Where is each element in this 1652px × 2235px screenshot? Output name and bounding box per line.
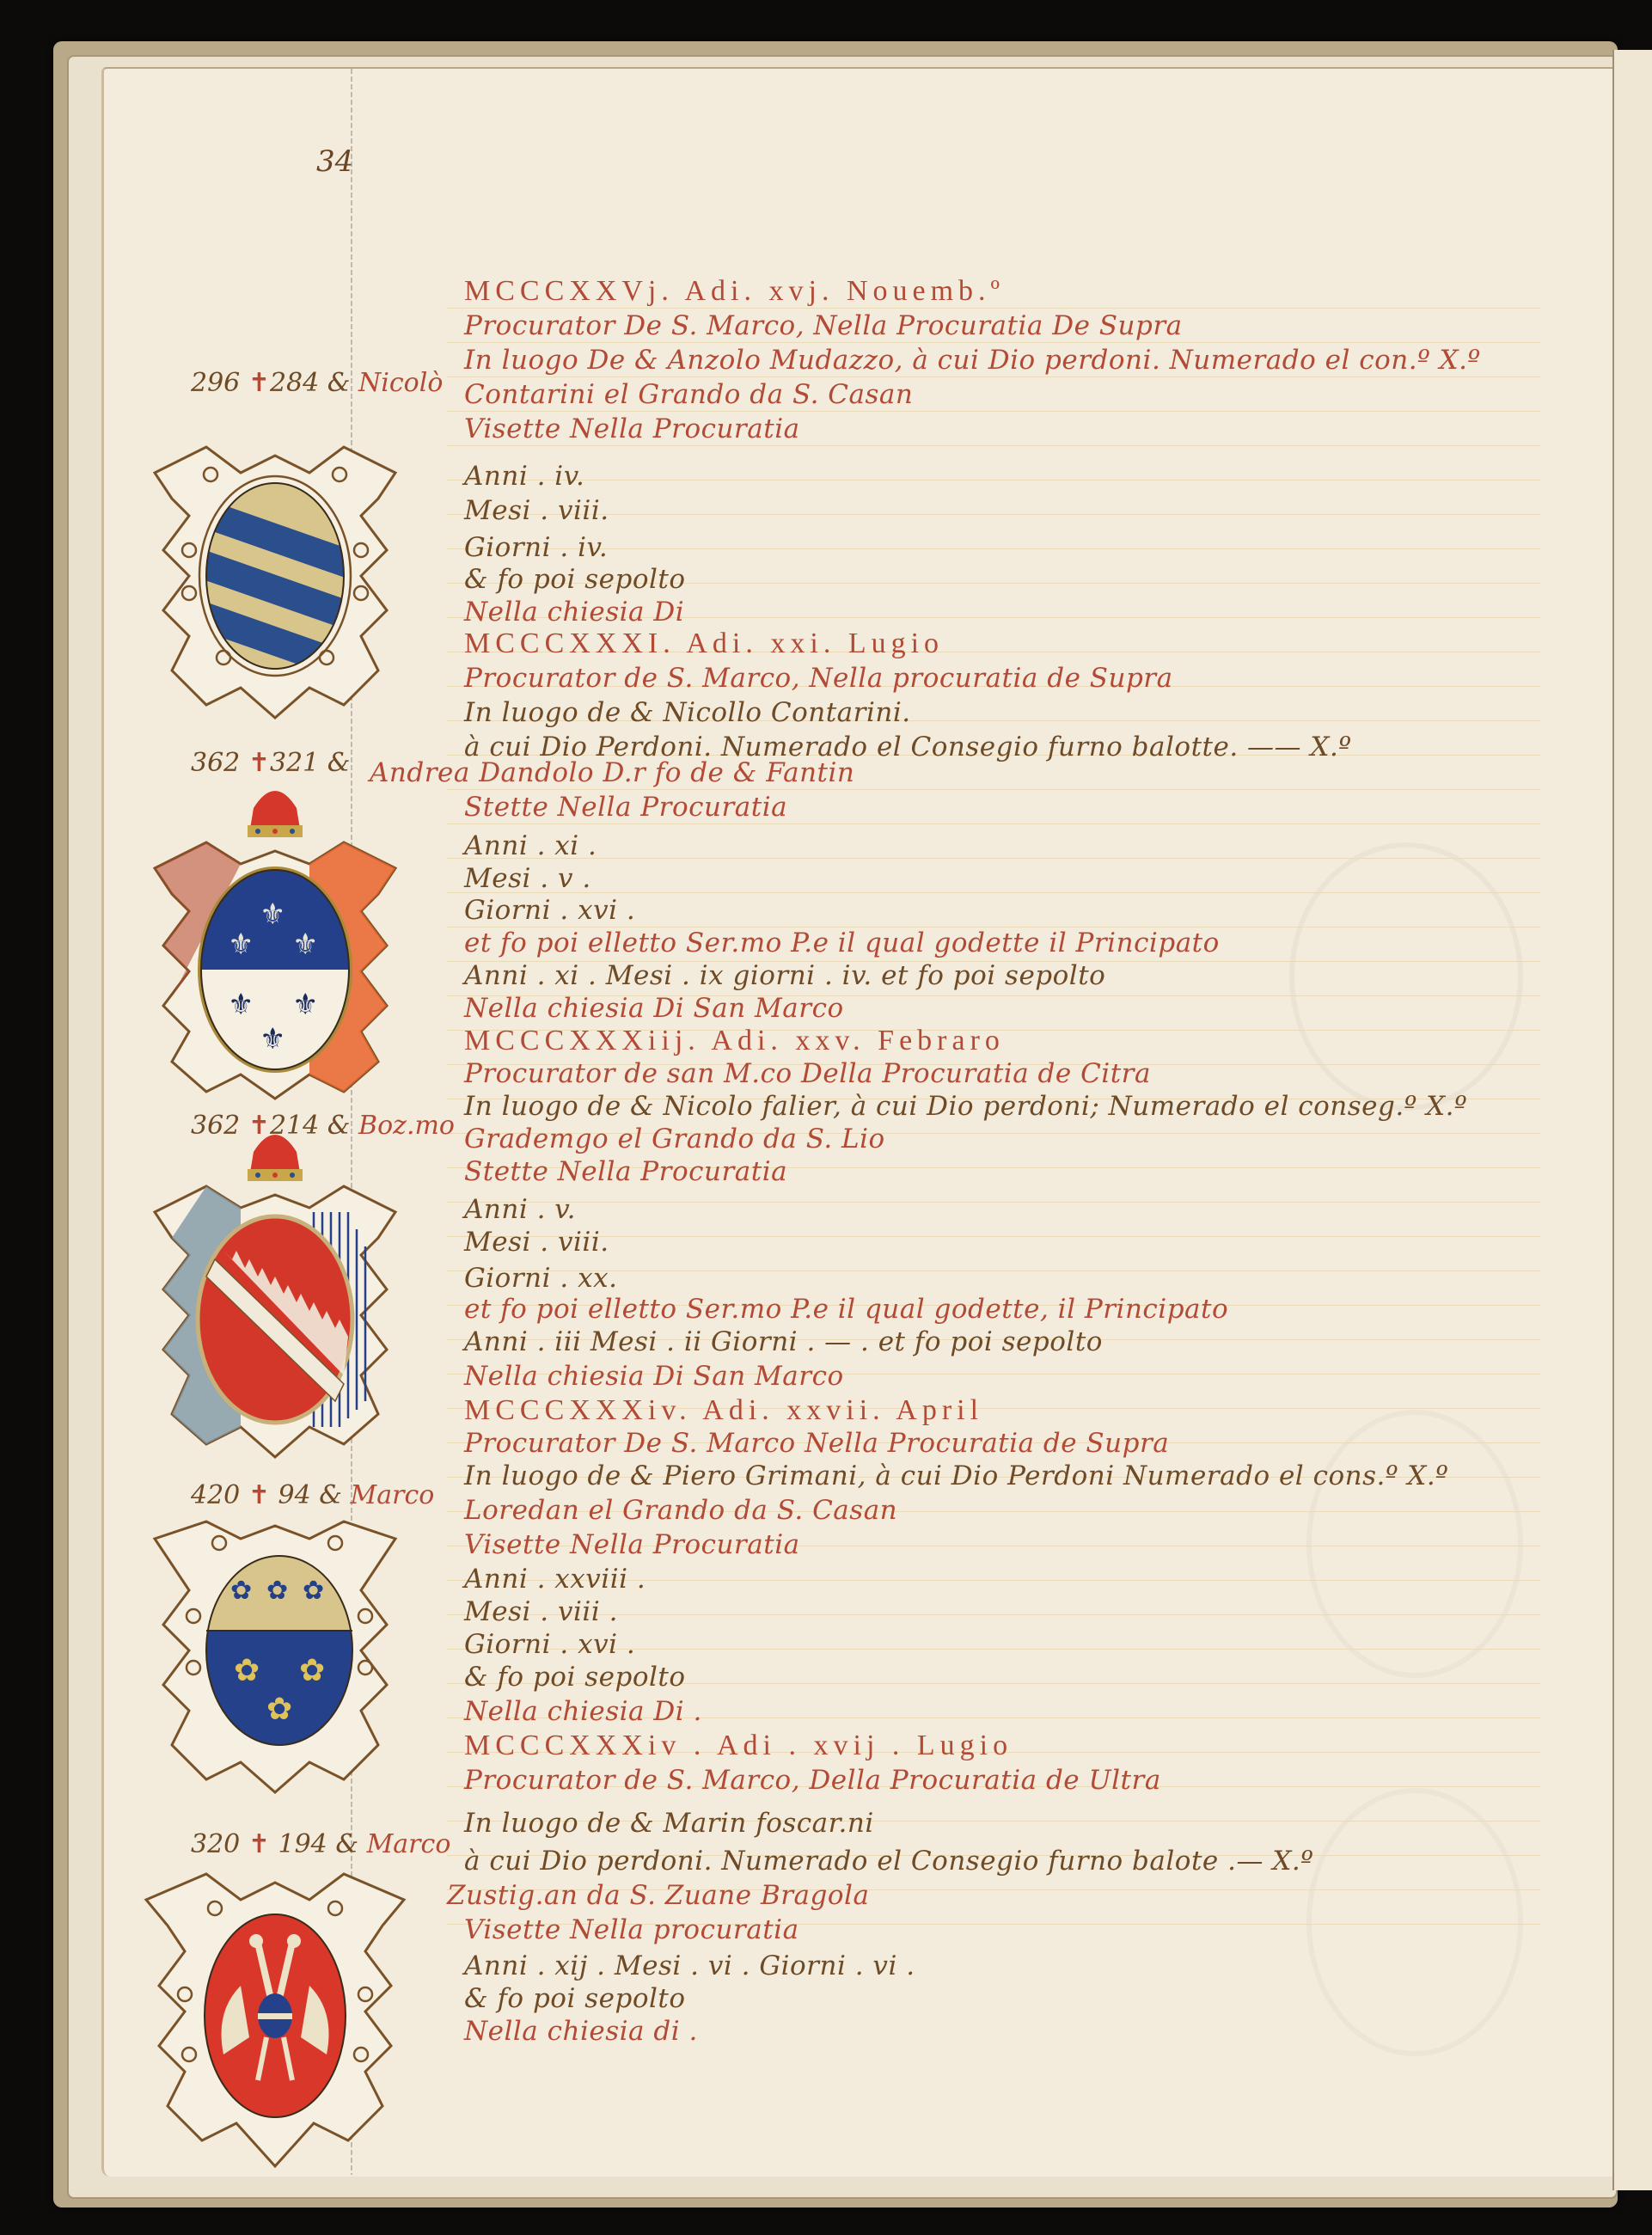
- text-line: Giorni . xvi .: [464, 894, 635, 927]
- entry-date-line: MCCCXXXiv. Adi. xxvii. April: [464, 1394, 983, 1427]
- svg-text:⚜: ⚜: [228, 928, 254, 962]
- text-line: Procurator de S. Marco, Nella procuratia…: [464, 662, 1173, 695]
- bleed-through-shield: [1306, 1410, 1523, 1678]
- svg-text:⚜: ⚜: [228, 988, 254, 1022]
- text-line: Nella chiesia Di San Marco: [464, 1360, 844, 1393]
- text-line: Nella chiesia Di: [464, 596, 684, 628]
- text-line: Anni . xi .: [464, 830, 597, 862]
- coat-of-arms-giustinian: [129, 1848, 421, 2175]
- margin-number: 94: [278, 1480, 311, 1510]
- given-name: Nicolò: [358, 368, 443, 398]
- facing-page-edge: [1612, 50, 1652, 2190]
- text-line: Contarini el Grando da S. Casan: [464, 378, 913, 411]
- entry-date-line: MCCCXXVj. Adi. xvj. Nouemb.º: [464, 275, 1005, 308]
- cross-icon: ✝: [248, 368, 270, 398]
- text-line: Visette Nella Procuratia: [464, 413, 800, 445]
- text-line: Giorni . xvi .: [464, 1628, 635, 1661]
- svg-text:✿: ✿: [266, 1576, 288, 1606]
- text-line: Giorni . iv.: [464, 531, 608, 564]
- text-line: et fo poi elletto Ser.mo P.e il qual god…: [464, 1293, 1228, 1326]
- text-line: In luogo de & Nicollo Contarini.: [464, 696, 911, 729]
- margin-label: 296 ✝284 & Nicolò: [191, 368, 443, 398]
- text-line: Mesi . viii .: [464, 1595, 618, 1628]
- svg-text:✿: ✿: [303, 1576, 324, 1606]
- svg-text:⚜: ⚜: [260, 897, 285, 932]
- entry-date-line: MCCCXXXiij. Adi. xxv. Febraro: [464, 1025, 1005, 1057]
- text-line: Visette Nella procuratia: [464, 1914, 799, 1946]
- text-line: In luogo De & Anzolo Mudazzo, à cui Dio …: [464, 344, 1481, 377]
- text-line: Zustig.an da S. Zuane Bragola: [447, 1879, 869, 1912]
- text-line: Mesi . viii.: [464, 1226, 609, 1258]
- text-line: Grademgo el Grando da S. Lio: [464, 1123, 885, 1155]
- margin-number: 296: [191, 368, 240, 398]
- svg-text:⚜: ⚜: [292, 928, 318, 962]
- text-line: Nella chiesia di .: [464, 2015, 698, 2048]
- margin-number: 420: [191, 1480, 240, 1510]
- entry-date-line: MCCCXXXiv . Adi . xvij . Lugio: [464, 1730, 1013, 1762]
- text-line: Mesi . viii.: [464, 494, 609, 527]
- text-line: Visette Nella Procuratia: [464, 1528, 800, 1561]
- text-line: Stette Nella Procuratia: [464, 791, 787, 824]
- coat-of-arms-contarini: [129, 421, 421, 739]
- entry-date-line: MCCCXXXI. Adi. xxi. Lugio: [464, 628, 944, 660]
- bleed-through-shield: [1289, 842, 1523, 1111]
- coat-of-arms-gradenigo: [129, 1117, 421, 1461]
- text-line: Loredan el Grando da S. Casan: [464, 1494, 897, 1527]
- text-line: Procurator de S. Marco, Della Procuratia…: [464, 1764, 1161, 1797]
- text-line: Procurator De S. Marco, Nella Procuratia…: [464, 309, 1183, 342]
- margin-sign: &: [319, 1480, 342, 1510]
- text-line: Mesi . v .: [464, 862, 591, 895]
- folio-number: 34: [316, 144, 353, 179]
- coat-of-arms-loredan: ✿ ✿ ✿ ✿ ✿ ✿: [129, 1513, 421, 1797]
- text-line: Anni . v.: [464, 1193, 576, 1226]
- text-line: Nella chiesia Di .: [464, 1695, 702, 1728]
- text-line: Giorni . xx.: [464, 1262, 617, 1295]
- svg-text:✿: ✿: [234, 1653, 260, 1688]
- text-line: Andrea Dandolo D.r fo de & Fantin: [370, 756, 854, 789]
- coat-of-arms-dandolo: ⚜ ⚜ ⚜ ⚜ ⚜ ⚜: [129, 774, 421, 1100]
- svg-text:✿: ✿: [230, 1576, 252, 1606]
- text-line: Anni . xij . Mesi . vi . Giorni . vi .: [464, 1950, 915, 1982]
- text-line: & fo poi sepolto: [464, 563, 686, 596]
- text-line: In luogo de & Nicolo falier, à cui Dio p…: [464, 1090, 1467, 1123]
- margin-label: 420 ✝ 94 & Marco: [191, 1480, 434, 1510]
- text-line: Nella chiesia Di San Marco: [464, 992, 844, 1025]
- text-line: In luogo de & Piero Grimani, à cui Dio P…: [464, 1460, 1448, 1492]
- text-line: Anni . iii Mesi . ii Giorni . — . et fo …: [464, 1326, 1103, 1358]
- text-line: Anni . iv.: [464, 460, 584, 493]
- svg-text:✿: ✿: [299, 1653, 325, 1688]
- svg-text:✿: ✿: [266, 1692, 292, 1727]
- text-line: Procurator De S. Marco Nella Procuratia …: [464, 1427, 1169, 1460]
- text-line: Stette Nella Procuratia: [464, 1155, 787, 1188]
- text-line: & fo poi sepolto: [464, 1661, 686, 1693]
- margin-sign: &: [327, 368, 351, 398]
- svg-text:⚜: ⚜: [260, 1022, 285, 1056]
- text-line: Procurator de san M.co Della Procuratia …: [464, 1057, 1151, 1090]
- text-line: à cui Dio perdoni. Numerado el Consegio …: [464, 1845, 1313, 1877]
- margin-number: 284: [270, 368, 319, 398]
- given-name: Marco: [351, 1480, 435, 1510]
- text-line: Anni . xxviii .: [464, 1563, 646, 1595]
- bleed-through-shield: [1306, 1788, 1523, 2056]
- svg-text:⚜: ⚜: [292, 988, 318, 1022]
- text-line: et fo poi elletto Ser.mo P.e il qual god…: [464, 927, 1220, 959]
- text-line: & fo poi sepolto: [464, 1982, 686, 2015]
- text-line: Anni . xi . Mesi . ix giorni . iv. et fo…: [464, 959, 1105, 992]
- cross-icon: ✝: [248, 1480, 270, 1510]
- text-line: In luogo de & Marin foscar.ni: [464, 1807, 874, 1840]
